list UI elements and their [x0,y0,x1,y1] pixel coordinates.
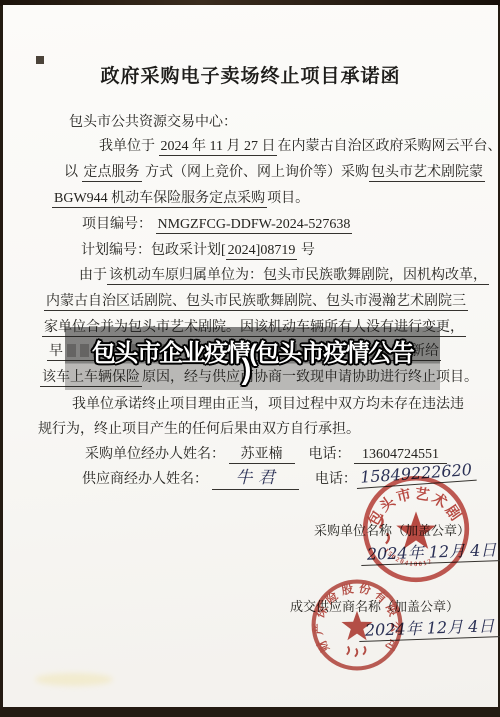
body-line-date: 我单位于 2024 年 11 月 27 日在内蒙古自治区政府采购网云平台、 [99,138,500,156]
supplier-contact-name-handwritten: 牛 君 [212,468,299,490]
text-segment: 项目。 [267,191,309,206]
underlined-reason: 内蒙古自治区话剧院、包头市民族歌舞剧院、包头市漫瀚艺术剧院三 [44,294,468,311]
seal-bottom-marks [347,646,366,656]
plan-number-line: 计划编号：包政采计划[2024]08719 号 [81,242,315,260]
underlined-reason: 该机动车原归属单位为：包头市民族歌舞剧院，因机构改革， [107,268,489,285]
reason-line-1: 由于该机动车原归属单位为：包头市民族歌舞剧院，因机构改革， [79,267,489,285]
letter-paper: 政府采购电子卖场终止项目承诺函 包头市公共资源交易中心： 我单位于 2024 年… [3,5,498,707]
project-number-line: 项目编号： NMGZFCG-DDFW-2024-527638 [82,216,352,234]
text-segment: 在内蒙古自治区政府采购网云平台、 [277,139,500,154]
underlined-project-name-2: BGW944 机动车保险服务定点采购 [52,191,267,208]
purchaser-contact-phone: 13604724551 [354,447,447,464]
promise-line-1: 我单位承诺终止项目理由正当，项目过程中双方均未存在违法违 [72,396,464,414]
text-segment: 电话： [295,447,355,462]
seal-star-icon [396,511,435,549]
text-segment: 计划编号：包政采计划[ [81,243,226,258]
reason-line-2: 内蒙古自治区话剧院、包头市民族歌舞剧院、包头市漫瀚艺术剧院三 [44,293,468,311]
mongolian-script-mark [386,533,389,543]
text-segment: 电话： [299,472,357,487]
body-line-project: BGW944 机动车保险服务定点采购项目。 [52,190,309,208]
underlined-project-name: 包头市艺术剧院蒙 [369,165,485,182]
purchaser-contact-name: 苏亚楠 [229,447,295,464]
document-photo: 政府采购电子卖场终止项目承诺函 包头市公共资源交易中心： 我单位于 2024 年… [0,0,500,717]
underlined-project-number: NMGZFCG-DDFW-2024-527638 [156,217,353,234]
caption-banner-line2: ) [65,353,428,387]
seal-star-icon [341,611,372,641]
text-segment: 项目编号： [82,217,156,232]
photo-artifact-mark [36,56,44,64]
underlined-service-type: 定点服务 [82,165,142,182]
obscured-fragment: 早 [47,344,65,361]
purchaser-seal-code: 15020410012 [383,547,434,568]
purchaser-contact-line: 采购单位经办人姓名： 苏亚楠电话： 13604724551 [85,446,447,464]
text-segment: 以 [64,165,82,180]
caption-banner-overlay: 包头市企业疫情(包头市疫情公告 ) [65,327,440,390]
addressee-line: 包头市公共资源交易中心： [69,114,237,132]
text-segment: 号 [297,243,315,258]
promise-line-2: 规行为，终止项目产生的任何后果由双方自行承担。 [38,421,360,439]
text-segment: 我单位于 [99,139,159,154]
underlined-date: 2024 年 11 月 27 日 [159,139,278,156]
purchaser-seal: 包头市艺术剧院 15020410012 [360,473,472,585]
text-segment: 方式（网上竞价、网上询价等）采购 [142,165,370,180]
body-line-method: 以 定点服务 方式（网上竞价、网上询价等）采购包头市艺术剧院蒙 [64,164,485,182]
text-segment: 供应商经办人姓名： [82,472,212,487]
document-title: 政府采购电子卖场终止项目承诺函 [3,68,498,86]
underlined-plan-number: 2024]08719 [226,243,298,260]
svg-text:15020410012: 15020410012 [383,547,434,568]
supplier-seal: 财产保险股份有限公司 [309,577,405,673]
text-segment: 采购单位经办人姓名： [85,447,229,462]
paper-smudge [35,673,113,686]
text-segment: 由于 [79,268,107,283]
